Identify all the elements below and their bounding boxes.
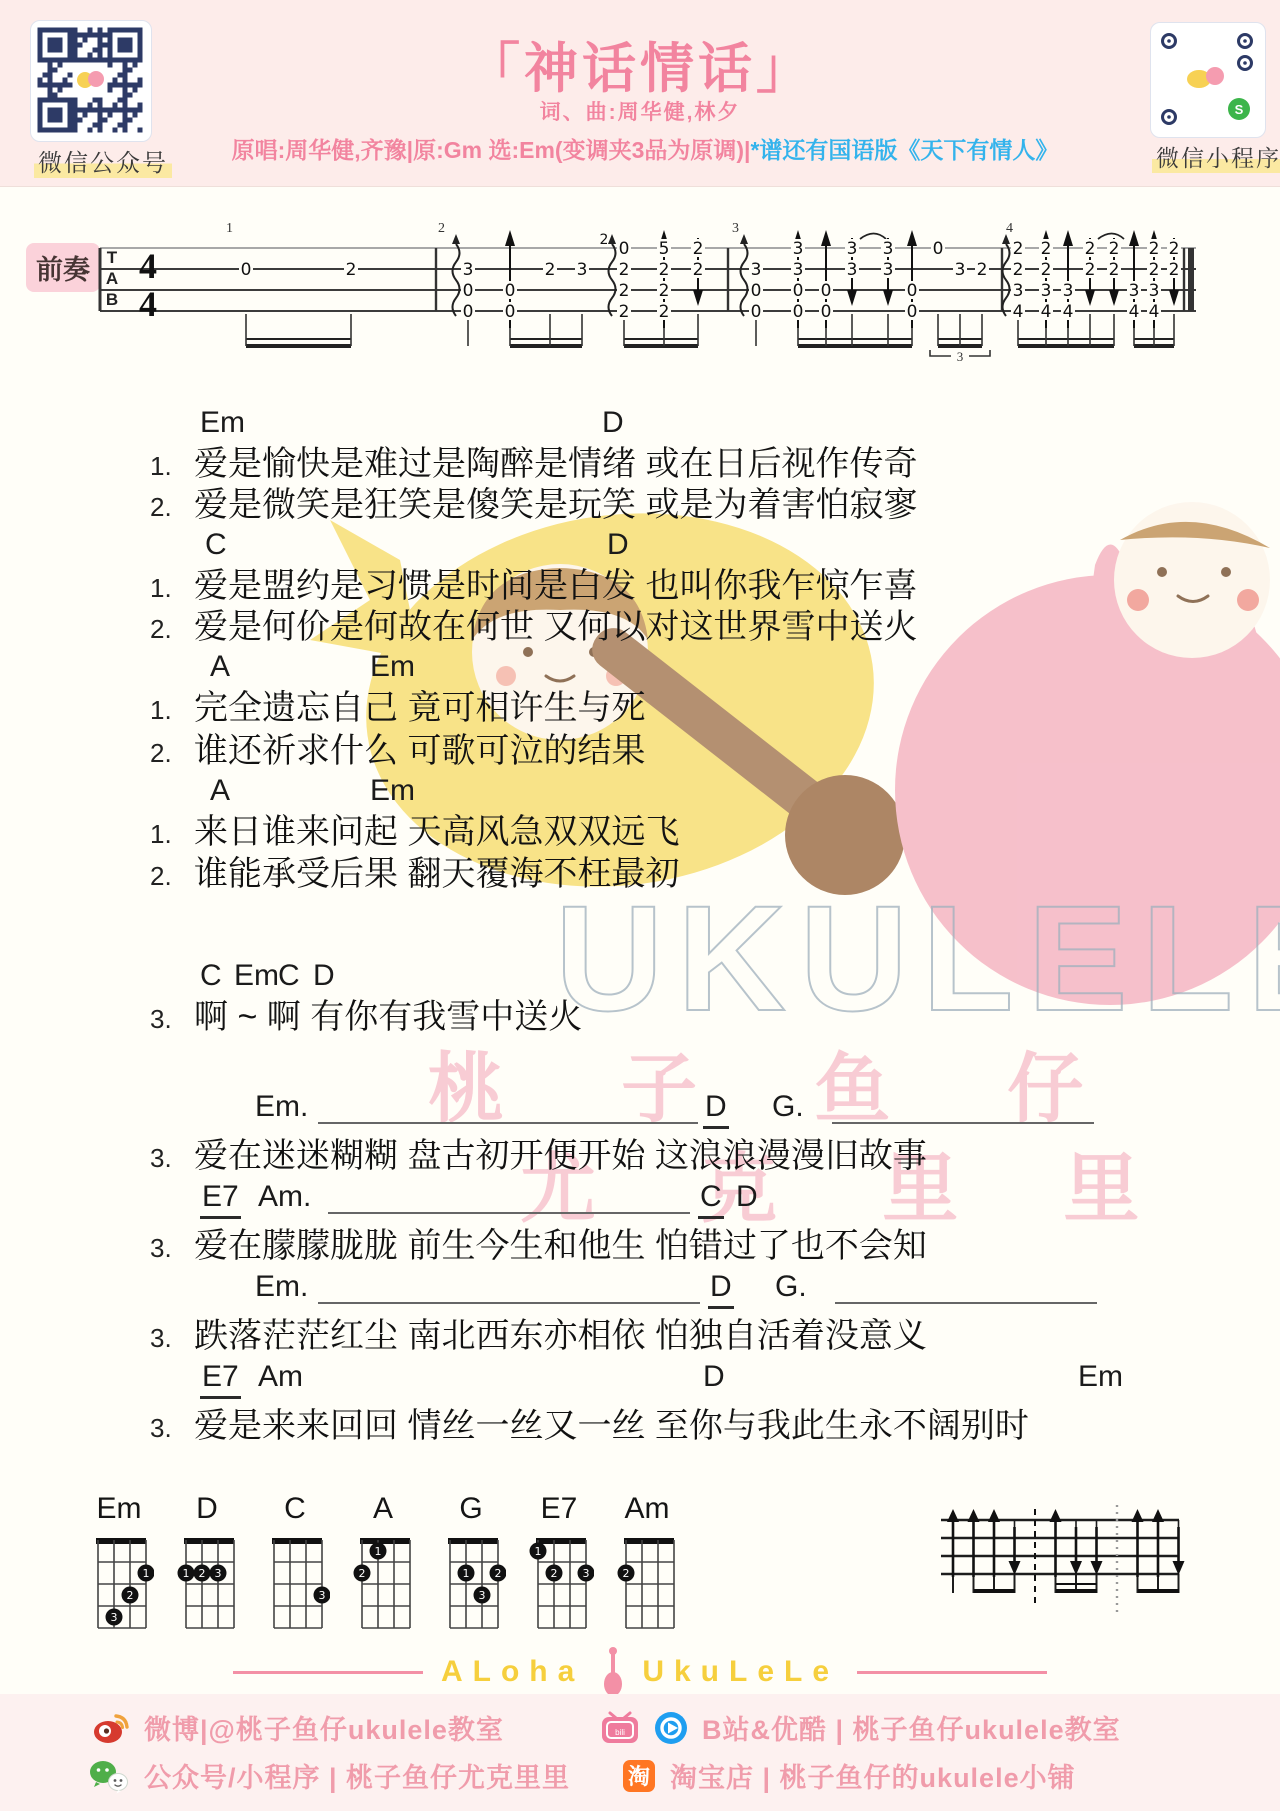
chord-row: E7Am.CD — [150, 1178, 1210, 1226]
chord-diagrams: Em123D123C3A12G123E7123Am2 — [88, 1492, 678, 1637]
svg-text:2: 2 — [1109, 260, 1120, 280]
svg-text:0: 0 — [933, 239, 944, 259]
chord-label: D — [602, 406, 624, 440]
svg-text:4: 4 — [139, 284, 157, 324]
chord-diagram-label: E7 — [528, 1492, 590, 1528]
svg-text:0: 0 — [505, 281, 516, 301]
youku-icon — [654, 1711, 688, 1745]
svg-text:T: T — [107, 248, 118, 267]
taobao-icon: 淘 — [622, 1759, 656, 1793]
svg-text:2: 2 — [659, 281, 670, 301]
lyric-line: 2.谁能承受后果 翻天覆海不枉最初 — [150, 854, 1210, 895]
chord-label: G. — [772, 1090, 804, 1124]
strumming-pattern — [935, 1505, 1185, 1617]
svg-text:0: 0 — [751, 281, 762, 301]
svg-text:2: 2 — [1169, 239, 1180, 259]
svg-text:0: 0 — [907, 302, 918, 322]
svg-text:S: S — [1235, 102, 1244, 117]
chord-diagram-G: G123 — [440, 1492, 502, 1637]
lyric-text: 爱是盟约是习惯是时间是白发 也叫你我乍惊乍喜 — [194, 567, 917, 605]
svg-text:0: 0 — [463, 281, 474, 301]
svg-text:0: 0 — [821, 302, 832, 322]
svg-text:4: 4 — [1013, 302, 1024, 322]
svg-text:2: 2 — [623, 1567, 630, 1580]
chord-label: D — [703, 1360, 725, 1394]
chord-row: EmD — [150, 404, 1210, 444]
svg-text:3: 3 — [847, 239, 858, 259]
svg-text:3: 3 — [793, 260, 804, 280]
lyric-line: 1.完全遗忘自己 竟可相许生与死 — [150, 688, 1210, 731]
ukulele-icon — [602, 1646, 624, 1698]
intro-label: 前奏 — [26, 243, 100, 292]
chord-row: CEmCD — [150, 957, 1210, 997]
spacer — [150, 1038, 1210, 1088]
chord-diagram-Am: Am2 — [616, 1492, 678, 1637]
svg-text:2: 2 — [545, 260, 556, 280]
svg-text:A: A — [106, 269, 118, 288]
weibo-icon — [92, 1710, 130, 1746]
svg-text:1: 1 — [183, 1567, 190, 1580]
chord-label: A — [210, 774, 230, 808]
svg-text:2: 2 — [438, 221, 445, 236]
verse-number: 2. — [150, 487, 194, 528]
svg-text:4: 4 — [139, 246, 157, 286]
svg-text:3: 3 — [883, 260, 894, 280]
svg-text:3: 3 — [577, 260, 588, 280]
bilibili-icon: bili — [600, 1711, 640, 1745]
svg-text:0: 0 — [505, 302, 516, 322]
svg-text:1: 1 — [463, 1567, 470, 1580]
lyric-text: 爱在朦朦胧胧 前生今生和他生 怕错过了也不会知 — [194, 1227, 927, 1265]
lyric-text: 完全遗忘自己 竟可相许生与死 — [194, 689, 645, 727]
spacer — [150, 895, 1210, 957]
svg-text:4: 4 — [1129, 302, 1140, 322]
chord-diagram-E7: E7123 — [528, 1492, 590, 1637]
svg-text:3: 3 — [463, 260, 474, 280]
svg-text:0: 0 — [241, 260, 252, 280]
svg-text:3: 3 — [1013, 281, 1024, 301]
svg-text:3: 3 — [957, 349, 964, 364]
verse-number: 3. — [150, 1138, 194, 1179]
svg-text:3: 3 — [883, 239, 894, 259]
svg-text:bili: bili — [615, 1728, 625, 1737]
svg-text:0: 0 — [793, 302, 804, 322]
svg-text:2: 2 — [1169, 260, 1180, 280]
lyric-line: 1.爱是愉快是难过是陶醉是情绪 或在日后视作传奇 — [150, 444, 1210, 485]
svg-text:2: 2 — [359, 1567, 366, 1580]
chord-label: Em. — [255, 1090, 308, 1124]
chord-label: C — [200, 959, 222, 993]
miniprogram-pattern: S — [1151, 23, 1263, 135]
chord-diagram-C: C3 — [264, 1492, 326, 1637]
chord-diagram-Em: Em123 — [88, 1492, 150, 1637]
svg-text:2: 2 — [659, 260, 670, 280]
svg-text:0: 0 — [793, 281, 804, 301]
svg-text:3: 3 — [479, 1589, 486, 1602]
chord-label: Em — [234, 959, 279, 993]
verse-number: 3. — [150, 999, 194, 1040]
chord-label: Em — [370, 650, 415, 684]
svg-text:3: 3 — [319, 1589, 326, 1602]
chord-label: D — [703, 1090, 729, 1129]
svg-text:3: 3 — [1041, 281, 1052, 301]
chord-diagram-A: A12 — [352, 1492, 414, 1637]
svg-text:2: 2 — [619, 302, 630, 322]
footer-bilibili-text: B站&优酷 | 桃子鱼仔ukulele教室 — [702, 1708, 1121, 1747]
svg-text:1: 1 — [226, 221, 233, 236]
svg-text:0: 0 — [821, 281, 832, 301]
verse-number: 2. — [150, 856, 194, 897]
svg-text:2: 2 — [127, 1589, 134, 1602]
lyrics-area: EmD1.爱是愉快是难过是陶醉是情绪 或在日后视作传奇2.爱是微笑是狂笑是傻笑是… — [150, 404, 1210, 1448]
header-band: 微信公众号 「神话情话」 词、曲:周华健,林夕 原唱:周华健,齐豫|原:Gm 选… — [0, 0, 1280, 187]
lyric-text: 爱是微笑是狂笑是傻笑是玩笑 或是为着害怕寂寥 — [194, 486, 917, 524]
svg-text:2: 2 — [693, 239, 704, 259]
chord-diagram-D: D123 — [176, 1492, 238, 1637]
lyric-line: 2.谁还祈求什么 可歌可泣的结果 — [150, 731, 1210, 772]
chord-label: D — [736, 1180, 758, 1214]
chord-label: D — [708, 1270, 734, 1309]
svg-text:3: 3 — [732, 221, 739, 236]
chord-label: D — [607, 528, 629, 562]
verse-number: 1. — [150, 568, 194, 609]
chord-row: Em.DG. — [150, 1268, 1210, 1316]
footer-weibo-text: 微博|@桃子鱼仔ukulele教室 — [144, 1708, 504, 1747]
svg-text:2: 2 — [1013, 260, 1024, 280]
chord-row: CD — [150, 526, 1210, 566]
svg-text:1: 1 — [535, 1545, 542, 1558]
lyric-line: 3.跌落茫茫红尘 南北西东亦相依 怕独自活着没意义 — [150, 1316, 1210, 1358]
svg-text:2: 2 — [619, 281, 630, 301]
ukulele-word: UkuLeLe — [642, 1655, 839, 1689]
lyric-text: 跌落茫茫红尘 南北西东亦相依 怕独自活着没意义 — [194, 1317, 927, 1355]
credit-pink: 原唱:周华健,齐豫|原:Gm 选:Em(变调夹3品为原调)| — [232, 137, 751, 163]
lyric-text: 啊 ~ 啊 有你有我雪中送火 — [194, 998, 582, 1036]
wechat-qr-code — [30, 20, 152, 142]
credit-blue: *谱还有国语版《天下有情人》 — [750, 137, 1058, 163]
aloha-word: ALoha — [441, 1655, 584, 1689]
verse-number: 3. — [150, 1318, 194, 1359]
lyric-text: 爱是何价是何故在何世 又何以对这世界雪中送火 — [194, 608, 917, 646]
svg-text:3: 3 — [1129, 281, 1140, 301]
song-title: 「神话情话」 — [150, 26, 1130, 103]
lyric-line: 2.爱是何价是何故在何世 又何以对这世界雪中送火 — [150, 607, 1210, 648]
chord-duration-line — [318, 1122, 698, 1124]
svg-text:2: 2 — [495, 1567, 502, 1580]
chord-duration-line — [832, 1122, 1094, 1124]
svg-text:4: 4 — [1041, 302, 1052, 322]
svg-text:1: 1 — [143, 1567, 150, 1580]
svg-text:2: 2 — [1109, 239, 1120, 259]
verse-number: 1. — [150, 446, 194, 487]
verse-number: 1. — [150, 814, 194, 855]
svg-text:2: 2 — [1041, 239, 1052, 259]
svg-text:2: 2 — [977, 260, 988, 280]
chord-diagram-label: C — [264, 1492, 326, 1528]
svg-text:2: 2 — [1085, 239, 1096, 259]
svg-text:2: 2 — [551, 1567, 558, 1580]
footer-taobao-text: 淘宝店 | 桃子鱼仔的ukulele小铺 — [670, 1756, 1076, 1795]
credit-line: 原唱:周华健,齐豫|原:Gm 选:Em(变调夹3品为原调)|*谱还有国语版《天下… — [140, 132, 1150, 165]
intro-tablature: TAB4412340230000232022252222230033000033… — [96, 218, 1200, 378]
miniprogram-code: S — [1150, 22, 1266, 138]
lyric-text: 爱是来来回回 情丝一丝又一丝 至你与我此生永不阔别时 — [194, 1407, 1029, 1445]
chord-diagram-label: Am — [616, 1492, 678, 1528]
chord-label: G. — [775, 1270, 807, 1304]
lyric-text: 谁还祈求什么 可歌可泣的结果 — [194, 732, 645, 770]
verse-number: 1. — [150, 690, 194, 731]
chord-diagram-label: D — [176, 1492, 238, 1528]
chord-label: Em — [370, 774, 415, 808]
lyric-text: 来日谁来问起 天高风急双双远飞 — [194, 813, 679, 851]
chord-row: E7AmDEm — [150, 1358, 1210, 1406]
qr-right-label: 微信小程序 — [1152, 140, 1280, 173]
lyric-line: 1.爱是盟约是习惯是时间是白发 也叫你我乍惊乍喜 — [150, 566, 1210, 607]
svg-text:0: 0 — [463, 302, 474, 322]
svg-text:2: 2 — [659, 302, 670, 322]
svg-text:5: 5 — [659, 239, 670, 259]
svg-text:B: B — [106, 290, 118, 309]
chord-diagram-label: A — [352, 1492, 414, 1528]
chord-label: Em — [200, 406, 245, 440]
svg-text:0: 0 — [751, 302, 762, 322]
sheet-page: UKULELE 桃 子 鱼 仔 尤 克 里 里 微信公众号 「神话情话」 词、曲… — [0, 0, 1280, 1811]
verse-number: 2. — [150, 609, 194, 650]
svg-text:2: 2 — [600, 232, 609, 248]
song-subtitle: 词、曲:周华健,林夕 — [150, 96, 1130, 126]
svg-text:1: 1 — [375, 1545, 382, 1558]
svg-text:3: 3 — [583, 1567, 590, 1580]
svg-text:2: 2 — [199, 1567, 206, 1580]
chord-row: AEm — [150, 648, 1210, 688]
chord-label: Am. — [258, 1180, 311, 1214]
svg-text:2: 2 — [693, 260, 704, 280]
chord-label: C — [205, 528, 227, 562]
svg-text:4: 4 — [1149, 302, 1160, 322]
footer-wechat-text: 公众号/小程序 | 桃子鱼仔尤克里里 — [144, 1756, 570, 1795]
chord-duration-line — [318, 1302, 700, 1304]
chord-diagram-label: G — [440, 1492, 502, 1528]
verse-number: 3. — [150, 1228, 194, 1269]
chord-duration-line — [835, 1302, 1097, 1304]
lyric-line: 3.爱在朦朦胧胧 前生今生和他生 怕错过了也不会知 — [150, 1226, 1210, 1268]
chord-label: D — [313, 959, 335, 993]
svg-text:3: 3 — [215, 1567, 222, 1580]
chord-row: Em.DG. — [150, 1088, 1210, 1136]
svg-text:3: 3 — [751, 260, 762, 280]
chord-label: Em — [1078, 1360, 1123, 1394]
chord-label: E7 — [200, 1180, 241, 1219]
svg-text:3: 3 — [1149, 281, 1160, 301]
chord-label: A — [210, 650, 230, 684]
aloha-divider: ALoha UkuLeLe — [0, 1648, 1280, 1696]
chord-label: C — [278, 959, 300, 993]
lyric-line: 3.爱在迷迷糊糊 盘古初开便开始 这浪浪漫漫旧故事 — [150, 1136, 1210, 1178]
svg-text:3: 3 — [1063, 281, 1074, 301]
verse-number: 3. — [150, 1408, 194, 1449]
svg-text:3: 3 — [793, 239, 804, 259]
chord-label: E7 — [200, 1360, 241, 1399]
svg-text:0: 0 — [619, 239, 630, 259]
divider-line-left — [233, 1671, 423, 1674]
svg-text:3: 3 — [111, 1611, 118, 1624]
lyric-text: 谁能承受后果 翻天覆海不枉最初 — [194, 855, 679, 893]
lyric-line: 3.爱是来来回回 情丝一丝又一丝 至你与我此生永不阔别时 — [150, 1406, 1210, 1448]
lyric-line: 1.来日谁来问起 天高风急双双远飞 — [150, 812, 1210, 854]
svg-text:4: 4 — [1063, 302, 1074, 322]
svg-text:2: 2 — [619, 260, 630, 280]
chord-duration-line — [328, 1212, 690, 1214]
chord-row: AEm — [150, 772, 1210, 812]
footer-band: 微博|@桃子鱼仔ukulele教室 bili B站&优酷 | 桃子鱼仔ukule… — [0, 1694, 1280, 1811]
svg-text:2: 2 — [1085, 260, 1096, 280]
chord-label: C — [698, 1180, 724, 1219]
qr-pattern — [31, 21, 149, 139]
divider-line-right — [857, 1671, 1047, 1674]
svg-text:2: 2 — [1149, 239, 1160, 259]
svg-text:3: 3 — [847, 260, 858, 280]
svg-text:淘: 淘 — [628, 1764, 650, 1789]
svg-text:2: 2 — [1041, 260, 1052, 280]
wechat-icon — [88, 1758, 130, 1794]
lyric-text: 爱是愉快是难过是陶醉是情绪 或在日后视作传奇 — [194, 445, 917, 483]
chord-label: Am — [258, 1360, 303, 1394]
lyric-text: 爱在迷迷糊糊 盘古初开便开始 这浪浪漫漫旧故事 — [194, 1137, 927, 1175]
svg-text:0: 0 — [907, 281, 918, 301]
chord-diagram-label: Em — [88, 1492, 150, 1528]
svg-text:4: 4 — [1006, 221, 1013, 236]
svg-text:2: 2 — [1149, 260, 1160, 280]
chord-label: Em. — [255, 1270, 308, 1304]
verse-number: 2. — [150, 733, 194, 774]
lyric-line: 2.爱是微笑是狂笑是傻笑是玩笑 或是为着害怕寂寥 — [150, 485, 1210, 526]
svg-text:2: 2 — [1013, 239, 1024, 259]
svg-text:2: 2 — [346, 260, 357, 280]
lyric-line: 3.啊 ~ 啊 有你有我雪中送火 — [150, 997, 1210, 1038]
svg-text:3: 3 — [955, 260, 966, 280]
